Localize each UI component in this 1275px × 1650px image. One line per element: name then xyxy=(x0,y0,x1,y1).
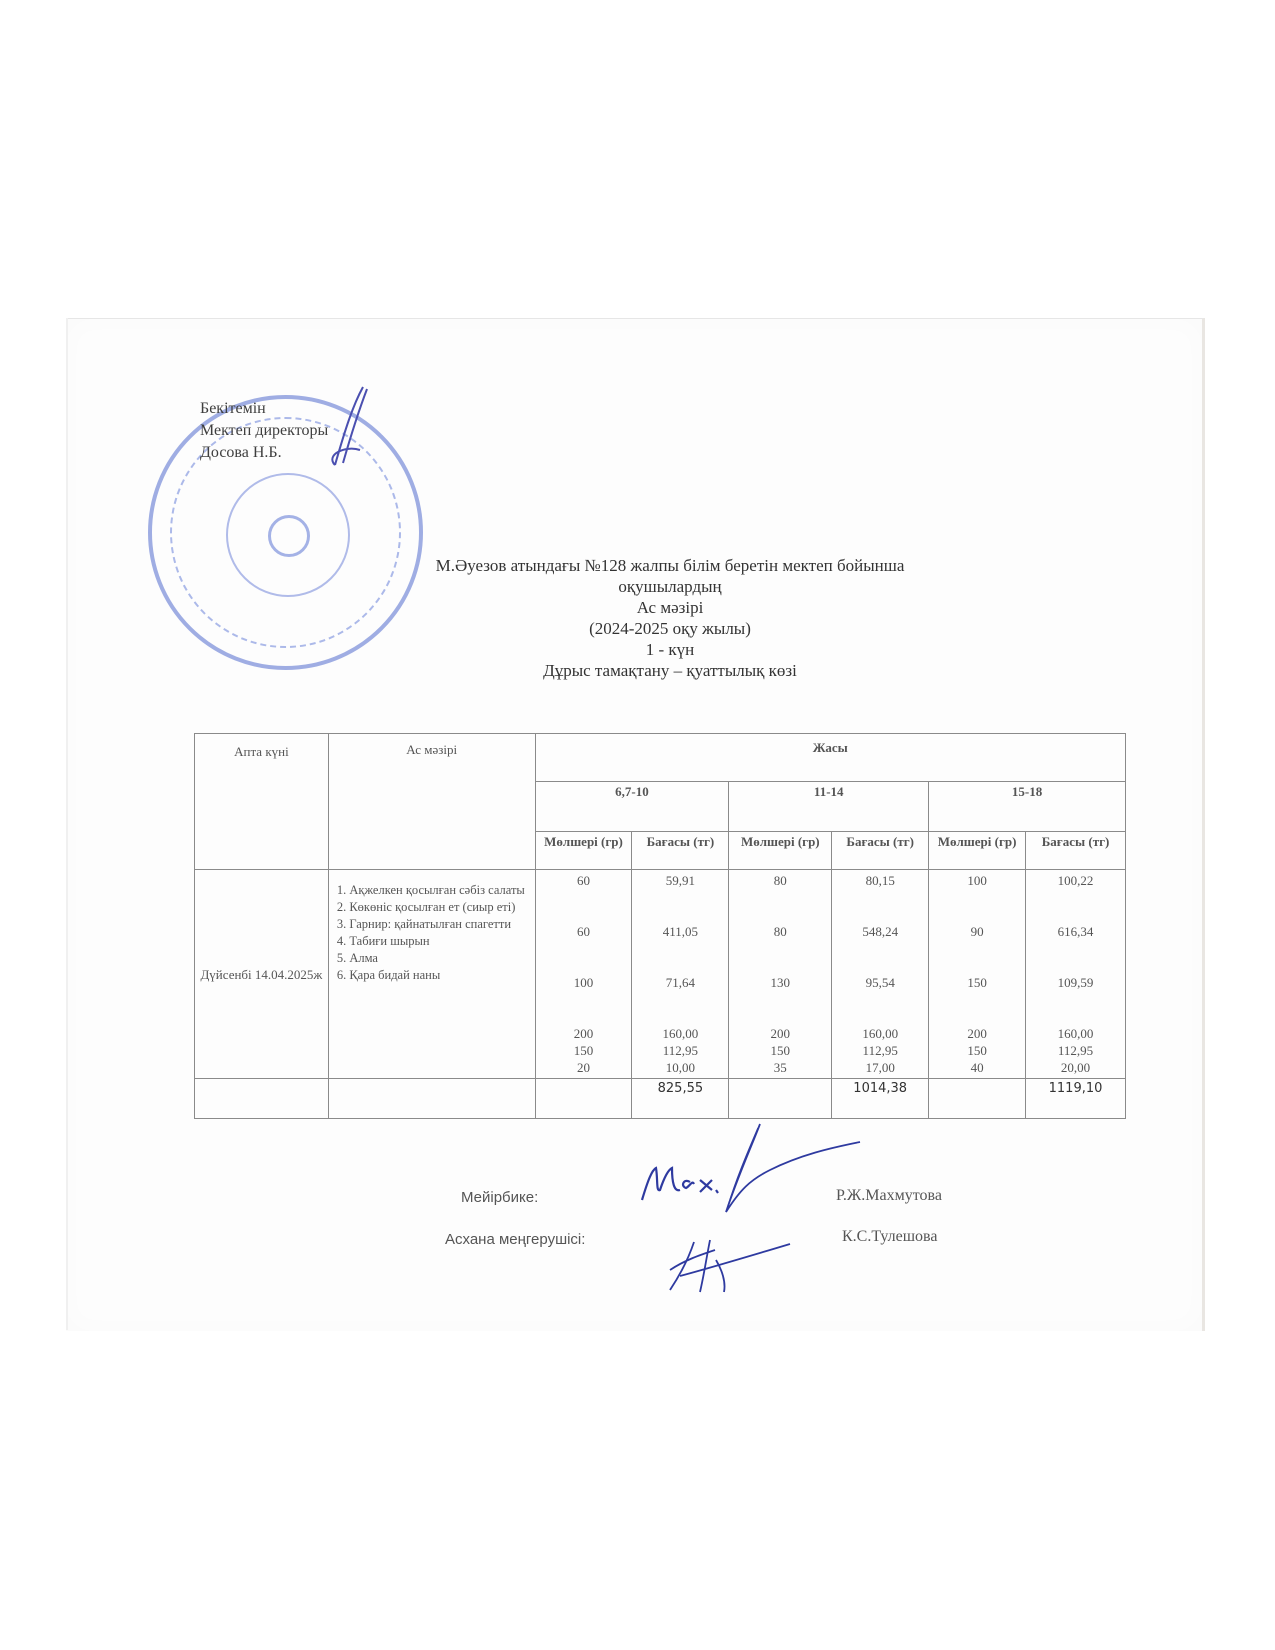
price-value: 95,54 xyxy=(835,974,925,991)
header-age: Жасы xyxy=(535,734,1125,782)
spacer xyxy=(635,1008,725,1025)
list-item: 1. Ақжелкен қосылған сәбіз салаты xyxy=(337,882,529,899)
price-value: 548,24 xyxy=(835,923,925,940)
title-line-4: (2024-2025 оқу жылы) xyxy=(380,618,960,639)
spacer xyxy=(539,940,629,957)
qty-value: 100 xyxy=(539,974,629,991)
header-price-2: Бағасы (тг) xyxy=(832,832,929,870)
spacer xyxy=(635,991,725,1008)
title-line-2: оқушылардың xyxy=(380,576,960,597)
spacer xyxy=(635,957,725,974)
qty-value: 35 xyxy=(732,1059,828,1076)
qty-value: 150 xyxy=(932,1042,1022,1059)
price-value: 112,95 xyxy=(1029,1042,1122,1059)
day-cell: Дүйсенбі 14.04.2025ж xyxy=(195,870,329,1079)
nurse-role: Мейірбике: xyxy=(461,1189,538,1206)
document-title: М.Әуезов атындағы №128 жалпы білім берет… xyxy=(380,555,960,681)
spacer xyxy=(635,940,725,957)
qty-value: 100 xyxy=(932,872,1022,889)
canteen-head-role: Асхана меңгерушісі: xyxy=(445,1231,585,1248)
spacer xyxy=(835,940,925,957)
empty-cell xyxy=(195,1079,329,1119)
price-value: 411,05 xyxy=(635,923,725,940)
title-line-1: М.Әуезов атындағы №128 жалпы білім берет… xyxy=(380,555,960,576)
list-item: 5. Алма xyxy=(337,950,529,967)
qty-value: 200 xyxy=(539,1025,629,1042)
qty-value: 80 xyxy=(732,923,828,940)
spacer xyxy=(932,957,1022,974)
price-value: 160,00 xyxy=(835,1025,925,1042)
spacer xyxy=(539,889,629,906)
qty-value: 80 xyxy=(732,872,828,889)
header-age-group-1: 6,7-10 xyxy=(535,782,729,832)
header-qty-2: Мөлшері (гр) xyxy=(729,832,832,870)
spacer xyxy=(732,991,828,1008)
spacer xyxy=(1029,940,1122,957)
header-menu: Ас мәзірі xyxy=(328,734,535,870)
nurse-signature-icon xyxy=(630,1120,870,1220)
qty-value: 60 xyxy=(539,923,629,940)
qty-column-3: 1009015020015040 xyxy=(929,870,1026,1079)
title-line-6: Дұрыс тамақтану – қуаттылық көзі xyxy=(380,660,960,681)
qty-column-2: 808013020015035 xyxy=(729,870,832,1079)
spacer xyxy=(635,906,725,923)
qty-value: 40 xyxy=(932,1059,1022,1076)
header-day: Апта күні xyxy=(195,734,329,870)
price-value: 112,95 xyxy=(635,1042,725,1059)
spacer xyxy=(732,957,828,974)
list-item: 6. Қара бидай наны xyxy=(337,967,529,984)
title-line-3: Ас мәзірі xyxy=(380,597,960,618)
spacer xyxy=(835,957,925,974)
approval-line-3: Досова Н.Б. xyxy=(200,442,328,464)
qty-value: 20 xyxy=(539,1059,629,1076)
qty-value: 90 xyxy=(932,923,1022,940)
empty-cell xyxy=(729,1079,832,1119)
spacer xyxy=(1029,991,1122,1008)
header-age-group-2: 11-14 xyxy=(729,782,929,832)
qty-value: 150 xyxy=(539,1042,629,1059)
director-signature-icon xyxy=(315,385,375,475)
totals-row: 825,55 1014,38 1119,10 xyxy=(195,1079,1126,1119)
qty-column-1: 606010020015020 xyxy=(535,870,632,1079)
header-price-1: Бағасы (тг) xyxy=(632,832,729,870)
spacer xyxy=(732,940,828,957)
approval-line-2: Мектеп директоры xyxy=(200,420,328,442)
spacer xyxy=(835,889,925,906)
price-column-2: 80,15548,2495,54160,00112,9517,00 xyxy=(832,870,929,1079)
empty-cell xyxy=(535,1079,632,1119)
spacer xyxy=(635,889,725,906)
price-value: 160,00 xyxy=(635,1025,725,1042)
price-value: 100,22 xyxy=(1029,872,1122,889)
approval-block: Бекітемін Мектеп директоры Досова Н.Б. xyxy=(200,398,328,464)
dish-list: 1. Ақжелкен қосылған сәбіз салаты 2. Көк… xyxy=(328,870,535,1079)
price-value: 10,00 xyxy=(635,1059,725,1076)
total-price-2: 1014,38 xyxy=(832,1079,929,1119)
price-column-3: 100,22616,34109,59160,00112,9520,00 xyxy=(1026,870,1126,1079)
state-emblem-icon xyxy=(226,473,350,597)
qty-value: 130 xyxy=(732,974,828,991)
spacer xyxy=(539,957,629,974)
canteen-head-signature-icon xyxy=(660,1230,800,1300)
list-item: 2. Көкөніс қосылған ет (сиыр еті) xyxy=(337,899,529,916)
price-column-1: 59,91411,0571,64160,00112,9510,00 xyxy=(632,870,729,1079)
qty-value: 200 xyxy=(932,1025,1022,1042)
list-item: 4. Табиғи шырын xyxy=(337,933,529,950)
qty-value: 150 xyxy=(932,974,1022,991)
spacer xyxy=(539,1008,629,1025)
spacer xyxy=(732,1008,828,1025)
spacer xyxy=(539,991,629,1008)
price-value: 112,95 xyxy=(835,1042,925,1059)
spacer xyxy=(932,906,1022,923)
spacer xyxy=(732,889,828,906)
price-value: 20,00 xyxy=(1029,1059,1122,1076)
header-qty-3: Мөлшері (гр) xyxy=(929,832,1026,870)
price-value: 616,34 xyxy=(1029,923,1122,940)
spacer xyxy=(932,991,1022,1008)
spacer xyxy=(932,889,1022,906)
spacer xyxy=(835,906,925,923)
total-price-1: 825,55 xyxy=(632,1079,729,1119)
price-value: 17,00 xyxy=(835,1059,925,1076)
header-price-3: Бағасы (тг) xyxy=(1026,832,1126,870)
empty-cell xyxy=(328,1079,535,1119)
total-price-3: 1119,10 xyxy=(1026,1079,1126,1119)
qty-value: 60 xyxy=(539,872,629,889)
spacer xyxy=(732,906,828,923)
page-edge xyxy=(66,318,68,1330)
price-value: 71,64 xyxy=(635,974,725,991)
title-line-5: 1 - күн xyxy=(380,639,960,660)
spacer xyxy=(835,1008,925,1025)
header-qty-1: Мөлшері (гр) xyxy=(535,832,632,870)
price-value: 80,15 xyxy=(835,872,925,889)
spacer xyxy=(539,906,629,923)
canteen-head-name: К.С.Тулешова xyxy=(842,1228,937,1246)
spacer xyxy=(1029,889,1122,906)
price-value: 109,59 xyxy=(1029,974,1122,991)
menu-table: Апта күні Ас мәзірі Жасы 6,7-10 11-14 15… xyxy=(194,733,1126,1119)
spacer xyxy=(1029,957,1122,974)
approval-line-1: Бекітемін xyxy=(200,398,328,420)
price-value: 160,00 xyxy=(1029,1025,1122,1042)
spacer xyxy=(835,991,925,1008)
empty-cell xyxy=(929,1079,1026,1119)
qty-value: 200 xyxy=(732,1025,828,1042)
price-value: 59,91 xyxy=(635,872,725,889)
spacer xyxy=(932,940,1022,957)
list-item: 3. Гарнир: қайнатылған спагетти xyxy=(337,916,529,933)
header-age-group-3: 15-18 xyxy=(929,782,1126,832)
spacer xyxy=(1029,1008,1122,1025)
qty-value: 150 xyxy=(732,1042,828,1059)
table-row: Дүйсенбі 14.04.2025ж 1. Ақжелкен қосылға… xyxy=(195,870,1126,1079)
spacer xyxy=(932,1008,1022,1025)
spacer xyxy=(1029,906,1122,923)
